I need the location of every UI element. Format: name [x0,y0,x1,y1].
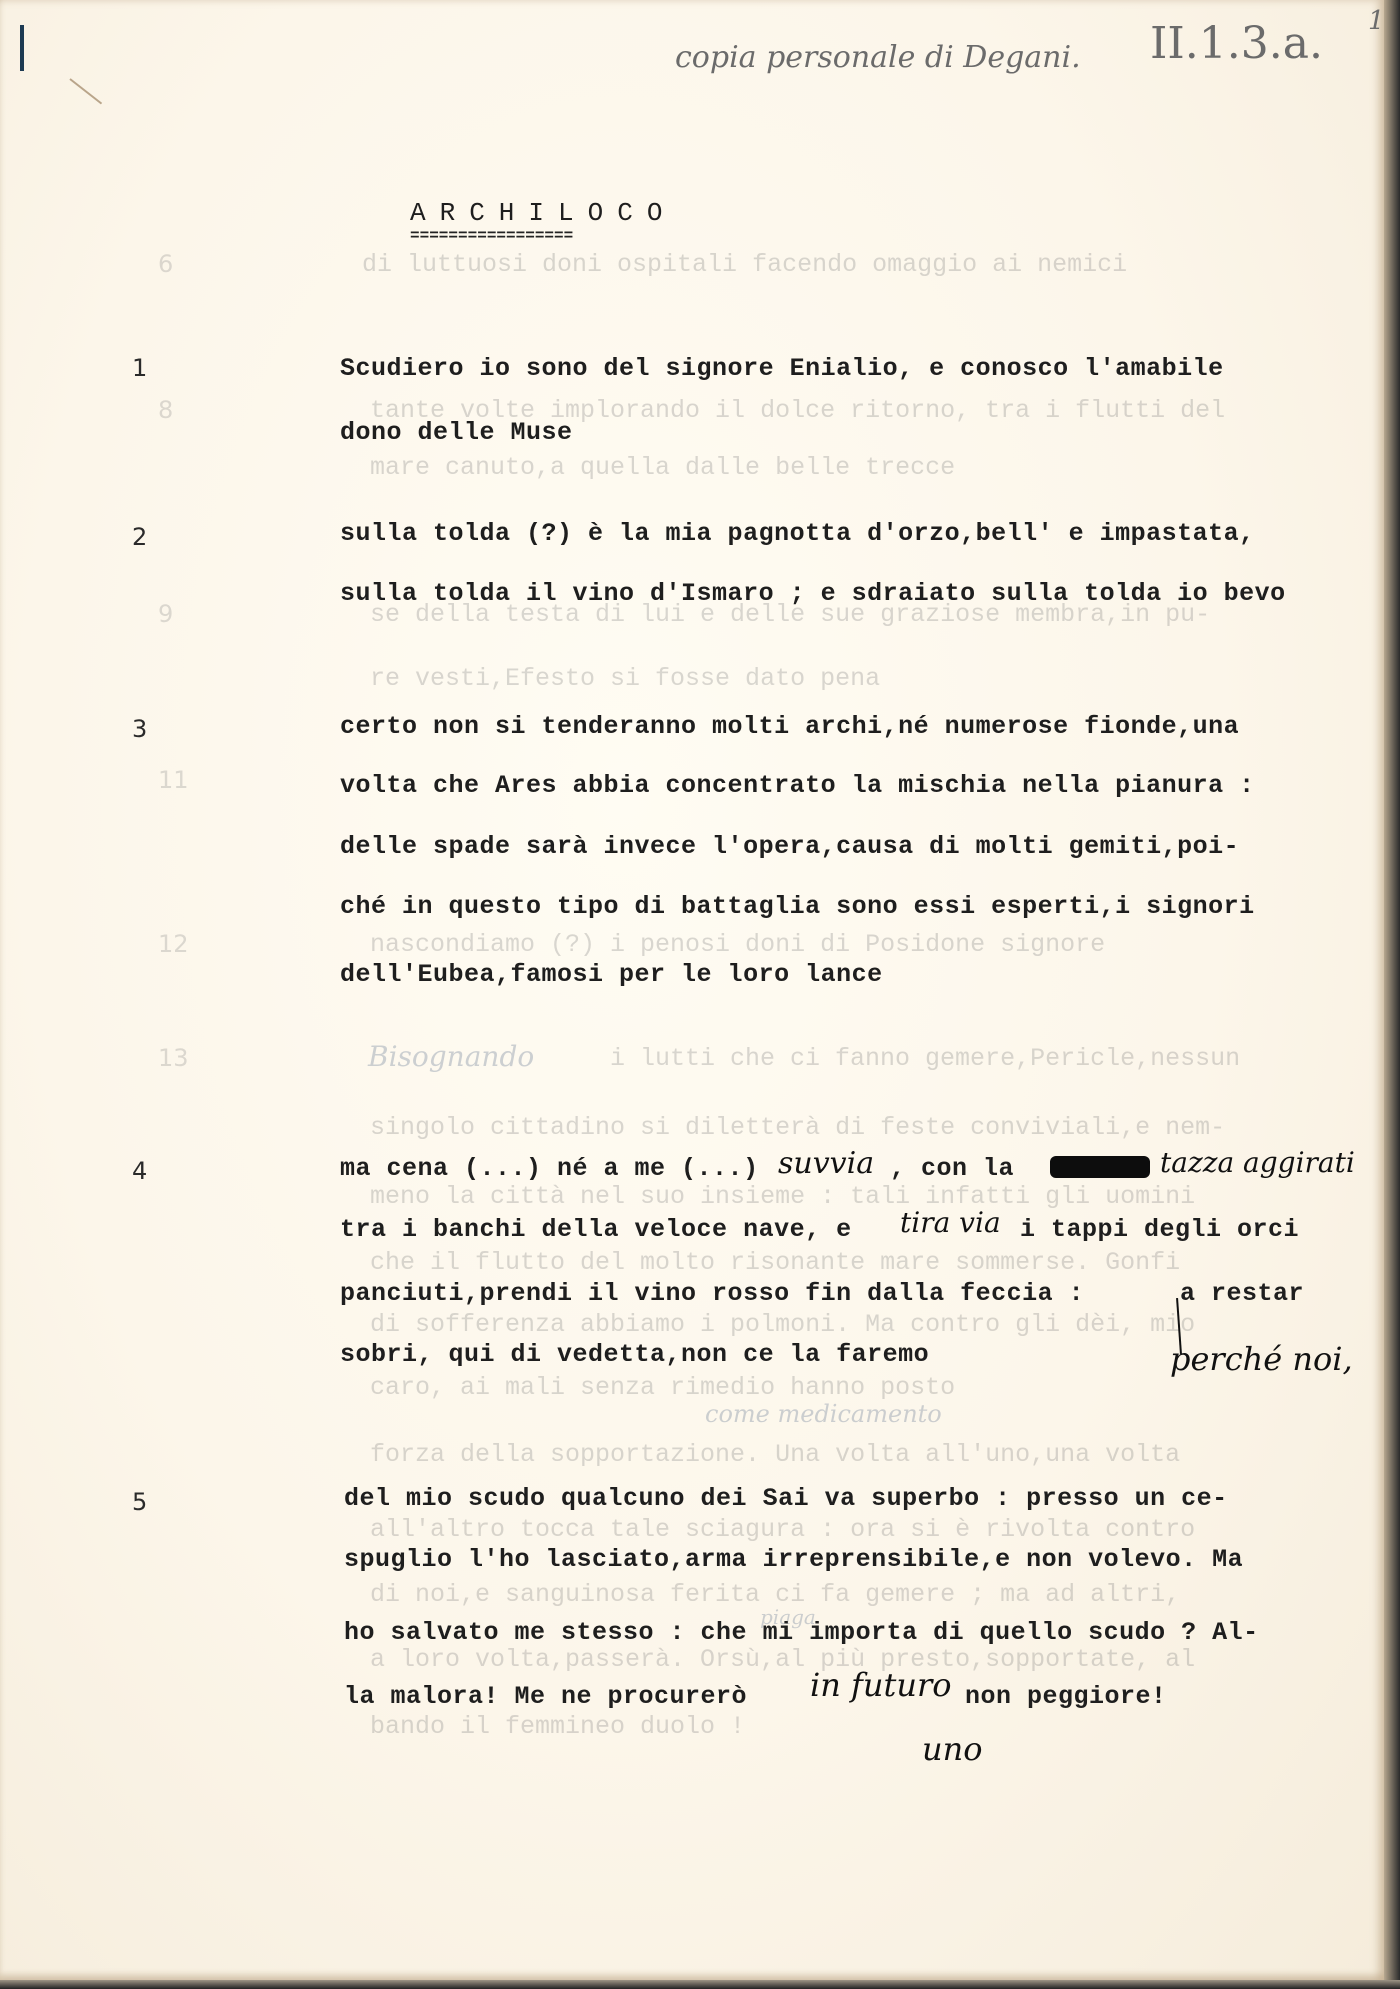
fragment-line: i tappi degli orci [1020,1215,1299,1244]
fragment-number: 4 [132,1157,147,1185]
ghost-line: nascondiamo (?) i penosi doni di Posidon… [370,930,1105,959]
handwritten-insert: tira via [900,1206,1001,1239]
fragment-line: panciuti,prendi il vino rosso fin dalla … [340,1279,1084,1308]
handwritten-insert: tazza aggirati [1160,1146,1355,1179]
ghost-line: forza della sopportazione. Una volta all… [370,1440,1180,1469]
ghost-line: meno la città nel suo insieme : tali inf… [370,1182,1195,1211]
handwritten-insert: uno [922,1730,982,1768]
ghost-line: di sofferenza abbiamo i polmoni. Ma cont… [370,1310,1195,1339]
page-title: ARCHILOCO [410,198,676,228]
page-edge [1384,0,1400,1989]
page-edge [0,1980,1400,1989]
fragment-line: sulla tolda (?) è la mia pagnotta d'orzo… [340,519,1255,548]
ghost-number: 6 [158,250,173,278]
fragment-number: 2 [132,523,147,551]
fragment-line: , con la [890,1154,1014,1183]
ghost-number: 8 [158,396,173,424]
redaction-mark [1050,1156,1150,1178]
ghost-line: bando il femmineo duolo ! [370,1712,745,1741]
fragment-line: dell'Eubea,famosi per le loro lance [340,960,883,989]
ownership-annotation: copia personale di Degani. [675,40,1081,75]
ghost-number: 11 [158,766,189,794]
fragment-line: tra i banchi della veloce nave, e [340,1215,852,1244]
fragment-line: sobri, qui di vedetta,non ce la faremo [340,1340,929,1369]
handwritten-insert: suvvia [778,1146,874,1181]
fragment-number: 5 [132,1488,147,1516]
title-underline: ================= [410,227,573,245]
fragment-line: sulla tolda il vino d'Ismaro ; e sdraiat… [340,579,1286,608]
fragment-number: 1 [132,354,147,382]
ghost-line: a loro volta,passerà. Orsù,al più presto… [370,1645,1195,1674]
fragment-line: non peggiore! [965,1682,1167,1711]
ghost-number: 13 [158,1044,189,1072]
fragment-line: volta che Ares abbia concentrato la misc… [340,771,1255,800]
fragment-line: spuglio l'ho lasciato,arma irreprensibil… [344,1545,1243,1574]
ghost-line: mare canuto,a quella dalle belle trecce [370,453,955,482]
ghost-number: 9 [158,600,173,628]
binding-mark [20,25,24,71]
paper-scratch [69,78,102,104]
handwritten-insert: in futuro [810,1666,952,1704]
fragment-line: ché in questo tipo di battaglia sono ess… [340,892,1255,921]
ghost-line: re vesti,Efesto si fosse dato pena [370,664,880,693]
fragment-line: ma cena (...) né a me (...) [340,1154,759,1183]
fragment-line: Scudiero io sono del signore Enialio, e … [340,354,1224,383]
page-number: 1 [1368,6,1385,36]
ghost-handwriting: Bisognando [368,1040,534,1073]
fragment-line: la malora! Me ne procurerò [344,1682,747,1711]
ghost-number: 12 [158,930,189,958]
fragment-line: del mio scudo qualcuno dei Sai va superb… [344,1484,1228,1513]
margin-insert: perché noi, [1170,1340,1353,1378]
fragment-line: ho salvato me stesso : che mi importa di… [344,1618,1259,1647]
archive-code: II.1.3.a. [1150,18,1323,69]
fragment-line: a restar [1180,1279,1304,1308]
fragment-line: dono delle Muse [340,418,573,447]
ghost-line: i lutti che ci fanno gemere,Pericle,ness… [610,1044,1240,1073]
fragment-line: delle spade sarà invece l'opera,causa di… [340,832,1239,861]
ghost-line: singolo cittadino si diletterà di feste … [370,1113,1225,1142]
ghost-line: all'altro tocca tale sciagura : ora si è… [370,1515,1195,1544]
ghost-handwriting: come medicamento [705,1400,942,1428]
fragment-number: 3 [132,715,147,743]
fragment-line: certo non si tenderanno molti archi,né n… [340,712,1239,741]
ghost-line: di luttuosi doni ospitali facendo omaggi… [362,250,1127,279]
ghost-line: che il flutto del molto risonante mare s… [370,1248,1180,1277]
ghost-line: caro, ai mali senza rimedio hanno posto [370,1373,955,1402]
document-page: copia personale di Degani. II.1.3.a. 1 6… [0,0,1384,1980]
